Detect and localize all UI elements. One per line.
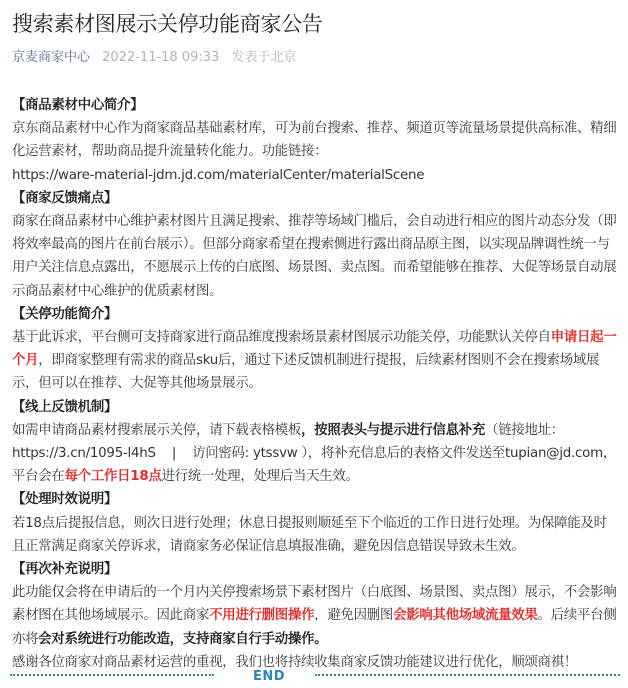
supplement-highlight-2: 会影响其他场域流量效果 [393, 608, 538, 623]
section-text-intro: 京东商品素材中心作为商家商品基础素材库，可为前台搜索、推荐、频道页等流量场景提供… [12, 117, 618, 187]
article-body: 【商品素材中心简介】 京东商品素材中心作为商家商品基础素材库，可为前台搜索、推荐… [12, 94, 618, 674]
section-heading-feedback: 【线上反馈机制】 [12, 396, 618, 419]
access-password: 访问密码: ytssvw [192, 446, 297, 461]
section-text-feature: 基于此诉求，平台侧可支持商家进行商品维度搜索场景素材图展示功能关停，功能默认关停… [12, 326, 618, 396]
template-download-link[interactable]: https://3.cn/1095-l4hS [12, 446, 156, 461]
section-heading-timing: 【处理时效说明】 [12, 488, 618, 511]
section-text-timing: 若18点后提报信息，则次日进行处理；休息日提报则顺延至下个临近的工作日进行处理。… [12, 512, 618, 558]
section-heading-pain: 【商家反馈痛点】 [12, 187, 618, 210]
intro-text: 京东商品素材中心作为商家商品基础素材库，可为前台搜索、推荐、频道页等流量场景提供… [12, 121, 616, 159]
supplement-bold: 会对系统进行功能改造，支持商家自行手动操作。 [38, 632, 327, 647]
section-text-feedback: 如需申请商品素材搜索展示关停，请下载表格模板，按照表头与提示进行信息补充（链接地… [12, 419, 618, 489]
article-page: 搜索素材图展示关停功能商家公告 京麦商家中心 2022-11-18 09:33 … [0, 0, 628, 688]
publish-date: 2022-11-18 09:33 [102, 50, 219, 65]
section-heading-intro: 【商品素材中心简介】 [12, 94, 618, 117]
article-meta: 京麦商家中心 2022-11-18 09:33 发表于北京 [12, 48, 296, 68]
end-label: END [253, 669, 285, 684]
material-center-link[interactable]: https://ware-material-jdm.jd.com/materia… [12, 168, 424, 183]
feedback-text-3: ），将补充信息后的表格文件发送至 [301, 446, 505, 461]
feedback-text-2: （链接地址： [485, 423, 564, 438]
dotted-line-right [315, 674, 620, 676]
supplement-highlight-1: 不用进行删图操作 [209, 608, 314, 623]
publish-location: 发表于北京 [231, 50, 296, 65]
feedback-bold: ，按照表头与提示进行信息补充 [301, 423, 485, 438]
feature-text-after: ，即商家整理有需求的商品sku后，通过下述反馈机制进行提报，后续素材图则不会在搜… [12, 353, 599, 391]
author-link[interactable]: 京麦商家中心 [12, 50, 90, 65]
feedback-text-1: 如需申请商品素材搜索展示关停，请下载表格模板 [12, 423, 301, 438]
feedback-text-5: 进行统一处理，处理后当天生效。 [162, 469, 359, 484]
dotted-line-left [10, 674, 214, 676]
section-text-pain: 商家在商品素材中心维护素材图片且满足搜索、推荐等场域门槛后，会自动进行相应的图片… [12, 210, 618, 303]
feedback-email[interactable]: tupian@jd.com [505, 446, 603, 461]
article-title: 搜索素材图展示关停功能商家公告 [12, 9, 323, 39]
feature-text-before: 基于此诉求，平台侧可支持商家进行商品维度搜索场景素材图展示功能关停，功能默认关停… [12, 330, 551, 345]
link-separator: | [172, 446, 176, 461]
section-heading-feature: 【关停功能简介】 [12, 303, 618, 326]
section-heading-supplement: 【再次补充说明】 [12, 558, 618, 581]
supplement-text-2: ，避免因删图 [314, 608, 393, 623]
feedback-highlight: 每个工作日18点 [65, 469, 162, 484]
end-divider: END [10, 671, 620, 688]
section-text-supplement: 此功能仅会将在申请后的一个月内关停搜索场景下素材图片（白底图、场景图、卖点图）展… [12, 581, 618, 651]
